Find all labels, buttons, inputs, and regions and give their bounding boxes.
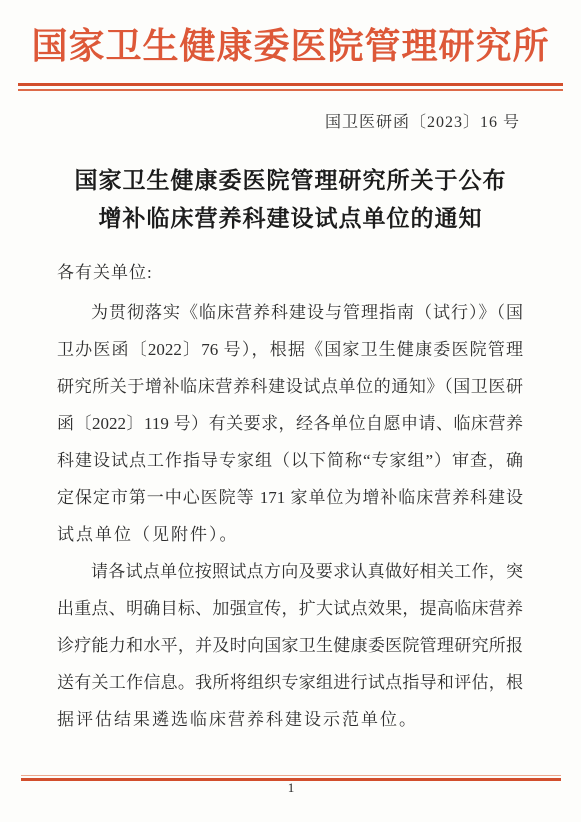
body-line: 卫办医函〔2022〕76 号），根据《国家卫生健康委医院管理 xyxy=(57,331,523,368)
letterhead-rule-thick xyxy=(18,83,563,86)
body-line: 试点单位（见附件）。 xyxy=(57,516,523,553)
body-line: 研究所关于增补临床营养科建设试点单位的通知》（国卫医研 xyxy=(57,368,523,405)
body-line: 据评估结果遴选临床营养科建设示范单位。 xyxy=(57,701,523,738)
document-body: 各有关单位: 为贯彻落实《临床营养科建设与管理指南（试行）》（国 卫办医函〔20… xyxy=(57,260,523,738)
document-number: 国卫医研函〔2023〕16 号 xyxy=(0,112,581,134)
body-line: 请各试点单位按照试点方向及要求认真做好相关工作，突 xyxy=(57,553,523,590)
letterhead-rule-thin xyxy=(18,89,563,91)
salutation: 各有关单位: xyxy=(57,260,523,286)
body-paragraph-1: 为贯彻落实《临床营养科建设与管理指南（试行）》（国 卫办医函〔2022〕76 号… xyxy=(57,294,523,553)
page-number: 1 xyxy=(21,781,561,795)
body-line: 为贯彻落实《临床营养科建设与管理指南（试行）》（国 xyxy=(57,294,523,331)
body-line: 函〔2022〕119 号）有关要求，经各单位自愿申请、临床营养 xyxy=(57,405,523,442)
body-line: 送有关工作信息。我所将组织专家组进行试点指导和评估，根 xyxy=(57,664,523,701)
document-page: 国家卫生健康委医院管理研究所 国卫医研函〔2023〕16 号 国家卫生健康委医院… xyxy=(0,0,581,822)
body-line: 诊疗能力和水平，并及时向国家卫生健康委医院管理研究所报 xyxy=(57,627,523,664)
body-line: 出重点、明确目标、加强宣传，扩大试点效果，提高临床营养 xyxy=(57,590,523,627)
body-line: 定保定市第一中心医院等 171 家单位为增补临床营养科建设 xyxy=(57,479,523,516)
page-footer: 1 xyxy=(21,775,561,795)
notice-title-line-2: 增补临床营养科建设试点单位的通知 xyxy=(40,200,541,238)
footer-rule-thin xyxy=(21,775,561,776)
letterhead-rule xyxy=(18,83,563,91)
body-paragraph-2: 请各试点单位按照试点方向及要求认真做好相关工作，突 出重点、明确目标、加强宣传，… xyxy=(57,553,523,738)
notice-title-line-1: 国家卫生健康委医院管理研究所关于公布 xyxy=(40,162,541,200)
notice-title: 国家卫生健康委医院管理研究所关于公布 增补临床营养科建设试点单位的通知 xyxy=(40,162,541,238)
letterhead-title: 国家卫生健康委医院管理研究所 xyxy=(0,21,581,71)
body-line: 科建设试点工作指导专家组（以下简称“专家组”）审查，确 xyxy=(57,442,523,479)
